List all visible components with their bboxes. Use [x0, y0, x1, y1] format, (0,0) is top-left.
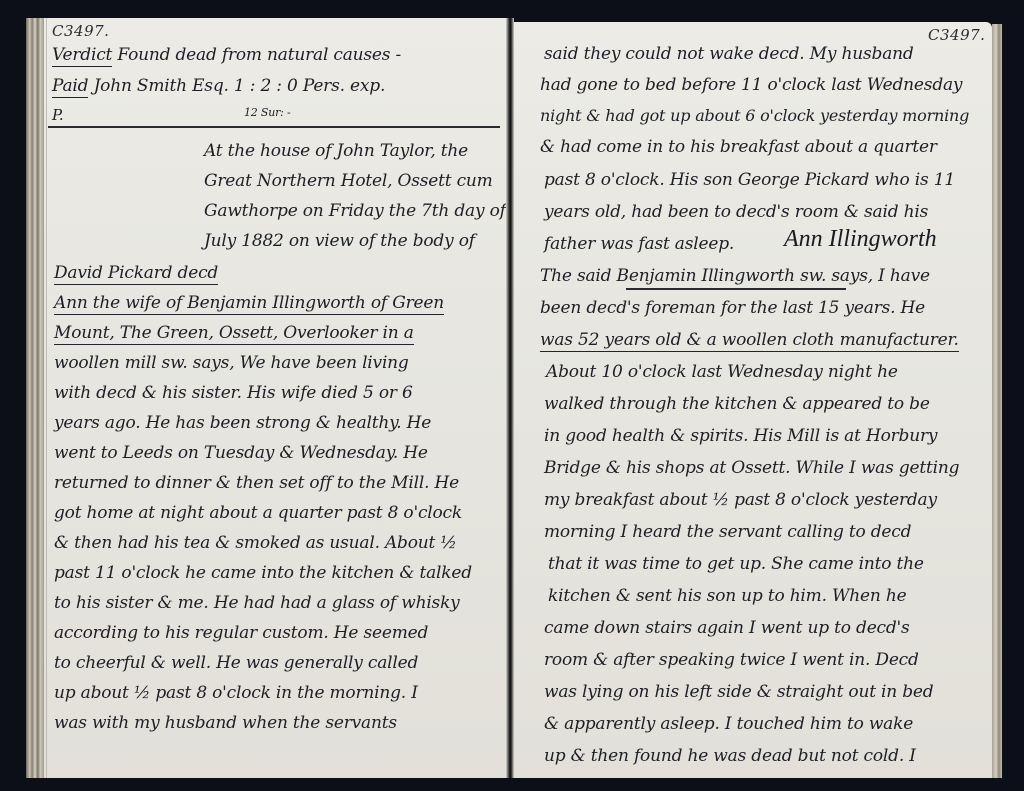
text-line: Bridge & his shops at Ossett. While I wa… — [544, 458, 959, 478]
witness-signature: Ann Illingworth — [784, 226, 937, 253]
text-line: Great Northern Hotel, Ossett cum — [204, 171, 493, 191]
text-line: to his sister & me. He had had a glass o… — [54, 593, 460, 613]
text-line: in good health & spirits. His Mill is at… — [544, 426, 937, 446]
deceased-name: David Pickard decd — [54, 263, 218, 285]
text-line: got home at night about a quarter past 8… — [54, 503, 462, 523]
text-line: past 8 o'clock. His son George Pickard w… — [544, 170, 955, 190]
text-line: About 10 o'clock last Wednesday night he — [546, 362, 898, 382]
text-line: At the house of John Taylor, the — [204, 141, 468, 161]
verdict-label: Verdict — [52, 45, 112, 67]
paid-text: John Smith Esq. 1 : 2 : 0 Pers. exp. — [94, 76, 386, 96]
text-line: had gone to bed before 11 o'clock last W… — [540, 75, 962, 95]
verdict-text: Found dead from natural causes - — [117, 45, 401, 65]
text-line: with decd & his sister. His wife died 5 … — [54, 383, 413, 403]
text-line: kitchen & sent his son up to him. When h… — [548, 586, 906, 606]
text-line: years old, had been to decd's room & sai… — [544, 202, 928, 222]
witness-name: Ann the wife of Benjamin Illingworth of … — [54, 293, 444, 315]
text-line: Ann the wife of Benjamin Illingworth of … — [54, 293, 444, 313]
text-line: that it was time to get up. She came int… — [548, 554, 924, 574]
text-line: The said Benjamin Illingworth sw. says, … — [540, 266, 930, 286]
book-gutter — [506, 18, 514, 778]
text-line: was with my husband when the servants — [54, 713, 397, 733]
text-line: & then had his tea & smoked as usual. Ab… — [54, 533, 457, 553]
p-label: P. — [52, 106, 63, 124]
witness-intro: The said Benjamin Illingworth sw. says, … — [540, 266, 930, 286]
right-page-edges — [992, 24, 1002, 778]
text-line: came down stairs again I went up to decd… — [544, 618, 910, 638]
text-line: according to his regular custom. He seem… — [54, 623, 428, 643]
text-line: up about ½ past 8 o'clock in the morning… — [54, 683, 418, 703]
paid-label: Paid — [52, 76, 88, 98]
text-line: years ago. He has been strong & healthy.… — [54, 413, 431, 433]
text-line: was 52 years old & a woollen cloth manuf… — [540, 330, 959, 350]
text-line: returned to dinner & then set off to the… — [54, 473, 459, 493]
text-line: room & after speaking twice I went in. D… — [544, 650, 919, 670]
text-line: past 11 o'clock he came into the kitchen… — [54, 563, 472, 583]
paid-line: Paid John Smith Esq. 1 : 2 : 0 Pers. exp… — [52, 76, 385, 96]
header-divider — [48, 126, 500, 128]
text-line: my breakfast about ½ past 8 o'clock yest… — [544, 490, 937, 510]
text-line: was lying on his left side & straight ou… — [544, 682, 933, 702]
text-line: July 1882 on view of the body of — [204, 231, 475, 251]
witness-address: Mount, The Green, Ossett, Overlooker in … — [54, 323, 414, 345]
left-margin-rule — [46, 18, 47, 778]
text-line: morning I heard the servant calling to d… — [544, 522, 911, 542]
text-line: to cheerful & well. He was generally cal… — [54, 653, 418, 673]
text-line: father was fast asleep. — [544, 234, 734, 254]
name-underline — [626, 288, 846, 290]
text-line: walked through the kitchen & appeared to… — [544, 394, 930, 414]
left-page: C3497. Verdict Found dead from natural c… — [44, 18, 506, 778]
text-line: been decd's foreman for the last 15 year… — [540, 298, 925, 318]
text-line: woollen mill sw. says, We have been livi… — [54, 353, 409, 373]
text-line: up & then found he was dead but not cold… — [544, 746, 916, 766]
text-line: Gawthorpe on Friday the 7th day of — [204, 201, 506, 221]
verdict-line: Verdict Found dead from natural causes - — [52, 45, 401, 65]
text-line: David Pickard decd — [54, 263, 218, 283]
text-line: night & had got up about 6 o'clock yeste… — [540, 106, 969, 125]
right-page: C3497. said they could not wake decd. My… — [514, 22, 992, 778]
text-line: went to Leeds on Tuesday & Wednesday. He — [54, 443, 428, 463]
open-manuscript-book: C3497. Verdict Found dead from natural c… — [0, 0, 1024, 791]
occupation-line: was 52 years old & a woollen cloth manuf… — [540, 330, 959, 352]
text-line: said they could not wake decd. My husban… — [544, 44, 914, 64]
fee-note: 12 Sur: - — [244, 106, 291, 119]
left-page-edges — [26, 18, 44, 778]
left-page-reference: C3497. — [52, 22, 109, 40]
text-line: Mount, The Green, Ossett, Overlooker in … — [54, 323, 414, 343]
text-line: & had come in to his breakfast about a q… — [540, 137, 937, 157]
text-line: & apparently asleep. I touched him to wa… — [544, 714, 913, 734]
right-page-reference: C3497. — [928, 26, 985, 44]
